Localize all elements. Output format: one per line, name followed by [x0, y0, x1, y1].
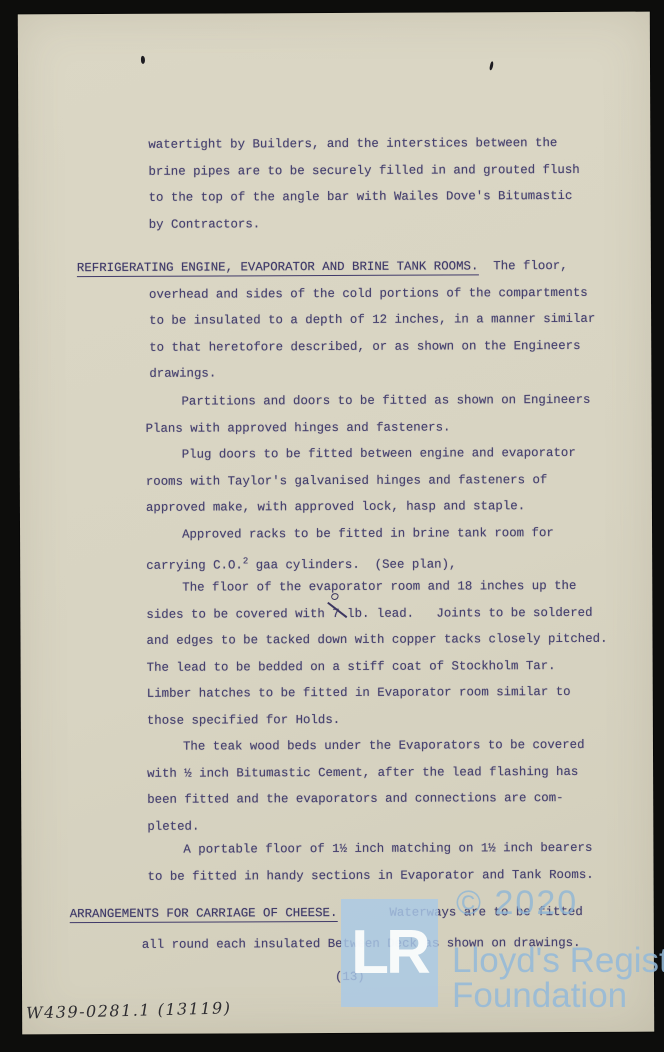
- text-line: by Contractors.: [149, 210, 580, 238]
- text-line: to that heretofore described, or as show…: [149, 333, 595, 362]
- text-line: A portable floor of 1½ inch matching on …: [183, 835, 593, 863]
- text-segment: Plug doors to be fitted between engine a…: [182, 446, 576, 462]
- text-segment: by Contractors.: [149, 217, 261, 231]
- text-line: to be fitted in handy sections in Evapor…: [147, 861, 593, 890]
- text-segment: 7: [332, 601, 340, 628]
- text-line: overhead and sides of the cold portions …: [149, 279, 595, 308]
- text-segment: been fitted and the evaporators and conn…: [147, 791, 563, 807]
- text-block: Approved racks to be fitted in brine tan…: [146, 520, 554, 579]
- text-line: approved make, with approved lock, hasp …: [146, 493, 576, 521]
- text-line: ARRANGEMENTS FOR CARRIAGE OF CHEESE. Wat…: [70, 897, 583, 930]
- text-block: A portable floor of 1½ inch matching on …: [147, 835, 593, 890]
- text-line: brine pipes are to be securely filled in…: [148, 157, 579, 185]
- text-segment: brine pipes are to be securely filled in…: [148, 163, 579, 179]
- text-block: The teak wood beds under the Evaporators…: [147, 732, 585, 840]
- section-heading: REFRIGERATING ENGINE, EVAPORATOR AND BRI…: [77, 259, 479, 277]
- text-segment: The floor of the evaporator room and 18 …: [182, 579, 576, 595]
- text-segment: rooms with Taylor's galvanised hinges an…: [146, 473, 548, 489]
- text-line: The floor of the evaporator room and 18 …: [182, 573, 607, 601]
- section-heading: ARRANGEMENTS FOR CARRIAGE OF CHEESE.: [70, 906, 338, 923]
- ink-speck: [489, 61, 494, 70]
- page-number: (13): [335, 970, 365, 984]
- text-block: ARRANGEMENTS FOR CARRIAGE OF CHEESE. Wat…: [70, 897, 583, 961]
- text-line: sides to be covered with 7 lb. lead. Joi…: [146, 599, 607, 628]
- text-block: The floor of the evaporator room and 18 …: [146, 573, 608, 735]
- text-line: Partitions and doors to be fitted as sho…: [181, 387, 590, 415]
- text-segment: to be fitted in handy sections in Evapor…: [148, 867, 594, 883]
- text-block: watertight by Builders, and the intersti…: [148, 130, 580, 238]
- text-segment: sides to be covered with: [146, 607, 332, 622]
- text-block: REFRIGERATING ENGINE, EVAPORATOR AND BRI…: [77, 253, 596, 388]
- handwritten-reference-number: W439-0281.1 (13119): [26, 998, 232, 1022]
- text-line: and edges to be tacked down with copper …: [146, 626, 607, 655]
- text-line: watertight by Builders, and the intersti…: [148, 130, 579, 158]
- text-segment: those specified for Holds.: [147, 713, 340, 728]
- text-segment: A portable floor of 1½ inch matching on …: [183, 841, 592, 857]
- text-block: Plug doors to be fitted between engine a…: [146, 440, 576, 522]
- text-segment: pleted.: [147, 819, 199, 833]
- text-segment: carrying C.O.: [146, 558, 243, 572]
- text-segment: all round each insulated Between Deck as…: [142, 936, 581, 952]
- text-line: REFRIGERATING ENGINE, EVAPORATOR AND BRI…: [77, 253, 595, 282]
- text-segment: Approved racks to be fitted in brine tan…: [182, 526, 554, 542]
- text-line: drawings.: [149, 359, 595, 388]
- text-segment: Waterways are to be fitted: [337, 905, 582, 920]
- text-line: The teak wood beds under the Evaporators…: [183, 732, 585, 760]
- text-block: Partitions and doors to be fitted as sho…: [145, 387, 590, 442]
- text-segment: Partitions and doors to be fitted as sho…: [181, 393, 590, 409]
- text-segment: and edges to be tacked down with copper …: [146, 632, 607, 648]
- text-line: with ½ inch Bitumastic Cement, after the…: [147, 759, 585, 788]
- text-line: Plans with approved hinges and fasteners…: [146, 413, 591, 442]
- text-line: Approved racks to be fitted in brine tan…: [182, 520, 554, 548]
- paper: watertight by Builders, and the intersti…: [18, 12, 654, 1035]
- text-line: to be insulated to a depth of 12 inches,…: [149, 306, 595, 335]
- text-segment: drawings.: [149, 367, 216, 381]
- text-segment: lb. lead. Joints to be soldered: [340, 605, 593, 620]
- text-line: been fitted and the evaporators and conn…: [147, 785, 585, 814]
- text-segment: The teak wood beds under the Evaporators…: [183, 738, 585, 754]
- text-line: The lead to be bedded on a stiff coat of…: [147, 653, 608, 682]
- text-line: Limber hatches to be fitted in Evaporato…: [147, 679, 608, 708]
- text-segment: The lead to be bedded on a stiff coat of…: [147, 659, 556, 675]
- text-segment: watertight by Builders, and the intersti…: [148, 136, 557, 152]
- ink-speck: [141, 56, 145, 64]
- text-segment: to the top of the angle bar with Wailes …: [149, 189, 573, 205]
- text-line: all round each insulated Between Deck as…: [142, 928, 583, 961]
- text-segment: approved make, with approved lock, hasp …: [146, 499, 525, 515]
- text-segment: The floor,: [478, 259, 567, 273]
- text-segment: gaa cylinders. (See plan),: [248, 557, 456, 572]
- text-segment: overhead and sides of the cold portions …: [149, 285, 588, 301]
- typewritten-text-layer: watertight by Builders, and the intersti…: [18, 12, 650, 15]
- text-segment: with ½ inch Bitumastic Cement, after the…: [147, 765, 578, 781]
- text-segment: to be insulated to a depth of 12 inches,…: [149, 312, 595, 328]
- text-segment: to that heretofore described, or as show…: [149, 339, 580, 355]
- text-segment: Plans with approved hinges and fasteners…: [146, 420, 451, 435]
- scanned-page-canvas: watertight by Builders, and the intersti…: [0, 0, 664, 1052]
- text-line: rooms with Taylor's galvanised hinges an…: [146, 467, 576, 495]
- text-line: Plug doors to be fitted between engine a…: [182, 440, 576, 468]
- text-line: those specified for Holds.: [147, 706, 608, 735]
- text-segment: Limber hatches to be fitted in Evaporato…: [147, 685, 571, 701]
- text-line: to the top of the angle bar with Wailes …: [149, 183, 580, 211]
